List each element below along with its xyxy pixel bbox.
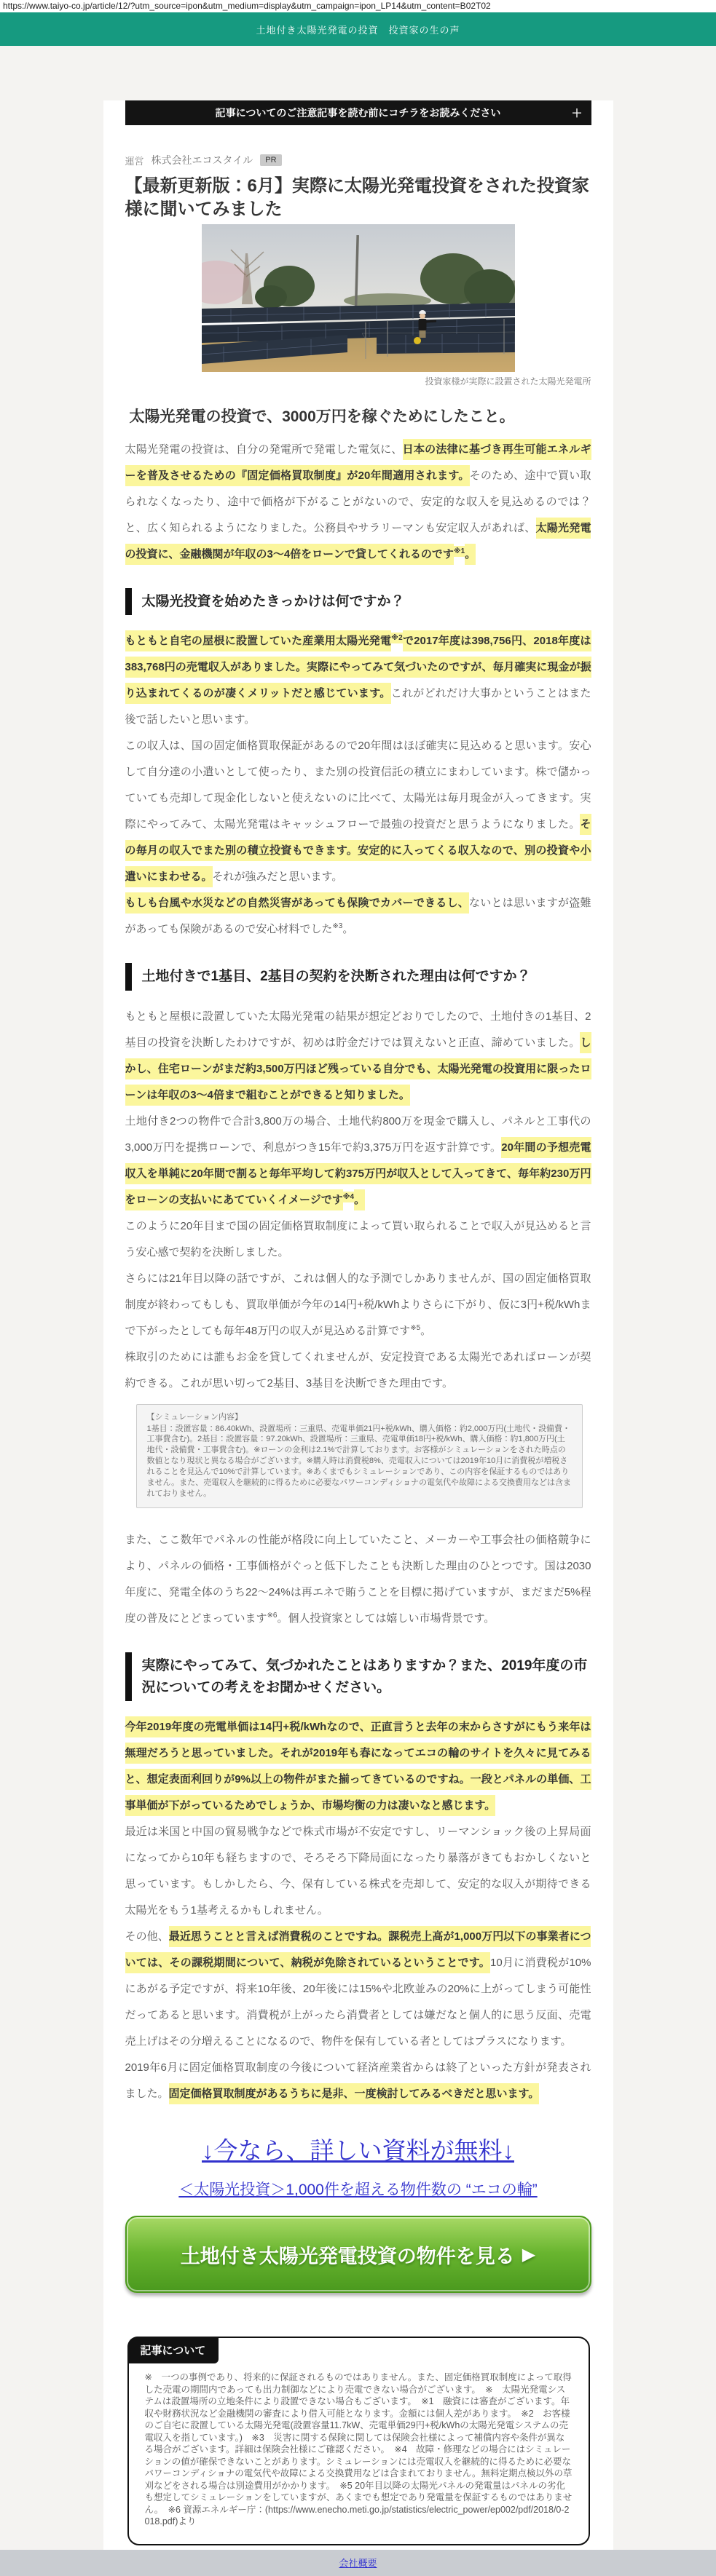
body-text: その他、 — [125, 1930, 169, 1943]
eco-no-wa-link[interactable]: ＜太陽光投資＞1,000件を超える物件数の “エコの輪” — [178, 2178, 537, 2200]
footnote-marker: ※5 — [410, 1324, 420, 1332]
article-paragraph: また、ここ数年でパネルの性能が格段に向上していたこと、メーカーや工事会社の価格競… — [125, 1527, 591, 1632]
footnote-marker: ※6 — [267, 1612, 278, 1620]
article-paragraph: 土地付き2つの物件で合計3,800万の場合、土地代約800万を現金で購入し、パネ… — [125, 1109, 591, 1213]
highlighted-text: 今年2019年度の売電単価は14円+税/kWhなので、正直言うと去年の末からさす… — [125, 1716, 591, 1816]
body-text: 株取引のためには誰もお金を貸してくれませんが、安定投資である太陽光であればローン… — [125, 1351, 591, 1390]
view-properties-button[interactable]: 土地付き太陽光発電投資の物件を見る ▶ — [125, 2216, 591, 2293]
byline-company: 株式会社エコスタイル — [152, 153, 253, 167]
highlighted-text: ※4 — [343, 1192, 354, 1202]
highlighted-text: 。 — [465, 544, 476, 565]
simulation-box: 【シミュレーション内容】1基目：設置容量：86.40kWh、設置場所：三重県、売… — [136, 1404, 583, 1509]
section-heading: 土地付きで1基目、2基目の契約を決断された理由は何ですか？ — [125, 963, 591, 990]
solar-farm-photo — [202, 224, 515, 372]
article-paragraph: このように20年目まで国の固定価格買取制度によって買い取られることで収入が見込め… — [125, 1213, 591, 1266]
plus-icon[interactable]: ＋ — [571, 106, 582, 121]
article-paragraph: さらには21年目以降の話ですが、これは個人的な予測でしかありませんが、国の固定価… — [125, 1266, 591, 1344]
section-heading: 実際にやってみて、気づかれたことはありますか？また、2019年度の市況についての… — [125, 1652, 591, 1701]
article-notes-box: 記事について ※ 一つの事例であり、将来的に保証されるものではありません。また、… — [127, 2337, 590, 2545]
highlighted-text: もともと自宅の屋根に設置していた産業用太陽光発電 — [125, 630, 392, 651]
article-paragraph: この収入は、国の固定価格買取保証があるので20年間はほぼ確実に見込めると思います… — [125, 733, 591, 890]
notice-banner[interactable]: 記事についてのご注意記事を読む前にコチラをお読みください ＋ — [125, 100, 591, 125]
body-text: 。 — [342, 923, 353, 935]
body-text: 太陽光発電の投資は、自分の発電所で発電した電気に、 — [125, 443, 403, 456]
page-title: 【最新更新版：6月】実際に太陽光発電投資をされた投資家様に聞いてみました — [125, 175, 591, 221]
byline-label: 運営 — [125, 154, 144, 167]
highlighted-text: もしも台風や水災などの自然災害があっても保険でカバーできるし、 — [125, 892, 470, 914]
highlighted-text: 。 — [354, 1189, 365, 1210]
body-text: 。 — [420, 1325, 431, 1337]
article-paragraph: 太陽光発電の投資は、自分の発電所で発電した電気に、日本の法律に基づき再生可能エネ… — [125, 437, 591, 568]
article-card: 記事についてのご注意記事を読む前にコチラをお読みください ＋ 運営 株式会社エコ… — [103, 100, 613, 2550]
body-text: 最近は米国と中国の貿易戦争などで株式市場が不安定ですし、リーマンショック後の上昇… — [125, 1826, 591, 1917]
free-material-link[interactable]: ↓今なら、詳しい資料が無料↓ — [202, 2132, 514, 2166]
company-overview-link[interactable]: 会社概要 — [339, 2556, 377, 2569]
article-paragraph: 最近は米国と中国の貿易戦争などで株式市場が不安定ですし、リーマンショック後の上昇… — [125, 1819, 591, 1924]
article-paragraph: その他、最近思うことと言えば消費税のことですね。課税売上高が1,000万円以下の… — [125, 1924, 591, 2055]
article-paragraph: もしも台風や水災などの自然災害があっても保険でカバーできるし、ないとは思いますが… — [125, 890, 591, 943]
body-text: もともと屋根に設置していた太陽光発電の結果が想定どおりでしたので、土地付きの1基… — [125, 1010, 591, 1049]
view-properties-button-label: 土地付き太陽光発電投資の物件を見る — [181, 2240, 515, 2269]
body-text: それが強みだと思います。 — [213, 871, 343, 883]
article-body: 太陽光発電の投資は、自分の発電所で発電した電気に、日本の法律に基づき再生可能エネ… — [125, 437, 591, 2108]
photo-caption: 投資家様が実際に設置された太陽光発電所 — [125, 372, 591, 387]
body-text: このように20年目まで国の固定価格買取制度によって買い取られることで収入が見込め… — [125, 1220, 591, 1259]
site-header: 土地付き太陽光発電の投資 投資家の生の声 — [0, 12, 716, 46]
browser-url: https://www.taiyo-co.jp/article/12/?utm_… — [0, 0, 716, 12]
pr-badge: PR — [260, 154, 281, 166]
cta-area: ↓今なら、詳しい資料が無料↓ ＜太陽光投資＞1,000件を超える物件数の “エコ… — [125, 2107, 591, 2293]
body-text: さらには21年目以降の話ですが、これは個人的な予測でしかありませんが、国の固定価… — [125, 1272, 591, 1337]
site-header-title: 土地付き太陽光発電の投資 投資家の生の声 — [256, 23, 460, 36]
byline: 運営 株式会社エコスタイル PR — [125, 153, 591, 167]
article-subheading: 太陽光発電の投資で、3000万円を稼ぐためにしたこと。 — [125, 405, 591, 427]
body-text: この収入は、国の固定価格買取保証があるので20年間はほぼ確実に見込めると思います… — [125, 740, 591, 831]
article-paragraph: 今年2019年度の売電単価は14円+税/kWhなので、正直言うと去年の末からさす… — [125, 1714, 591, 1819]
spacer — [125, 1508, 591, 1527]
arrow-right-icon: ▶ — [522, 2244, 535, 2265]
highlighted-text: 固定価格買取制度があるうちに是非、一度検討してみるべきだと思います。 — [169, 2083, 540, 2104]
article-photo: 投資家様が実際に設置された太陽光発電所 — [125, 224, 591, 387]
page-footer: 会社概要 — [0, 2550, 716, 2576]
highlighted-text: ※1 — [454, 546, 465, 557]
notice-banner-text: 記事についてのご注意記事を読む前にコチラをお読みください — [216, 106, 501, 120]
highlighted-text: ※2 — [391, 633, 403, 643]
section-heading: 太陽光投資を始めたきっかけは何ですか？ — [125, 588, 591, 615]
footnote-marker: ※3 — [332, 922, 342, 930]
notes-box-label: 記事について — [127, 2337, 219, 2363]
article-paragraph: もともと自宅の屋根に設置していた産業用太陽光発電※2で2017年度は398,75… — [125, 628, 591, 733]
article-paragraph: 2019年6月に固定価格買取制度の今後について経済産業省からは終了といった方針が… — [125, 2055, 591, 2107]
article-paragraph: もともと屋根に設置していた太陽光発電の結果が想定どおりでしたので、土地付きの1基… — [125, 1004, 591, 1109]
article-paragraph: 株取引のためには誰もお金を貸してくれませんが、安定投資である太陽光であればローン… — [125, 1344, 591, 1397]
body-text: 。個人投資家としては嬉しい市場背景です。 — [277, 1612, 495, 1625]
body-text: また、ここ数年でパネルの性能が格段に向上していたこと、メーカーや工事会社の価格競… — [125, 1534, 591, 1625]
notes-text: ※ 一つの事例であり、将来的に保証されるものではありません。また、固定価格買取制… — [145, 2371, 573, 2528]
